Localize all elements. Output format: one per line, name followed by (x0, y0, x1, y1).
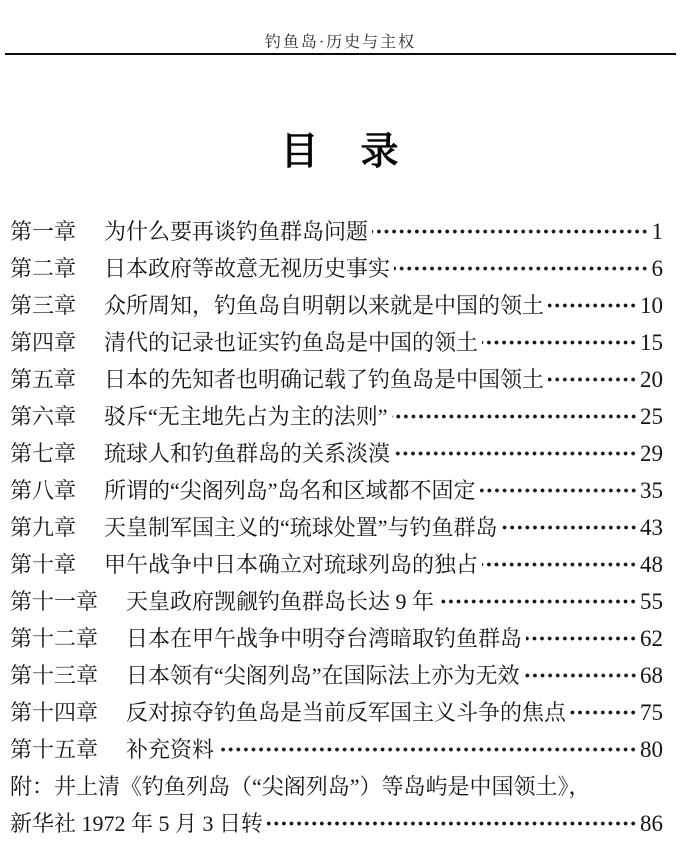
dot-leader (548, 361, 637, 398)
page-number: 55 (640, 583, 663, 620)
dot-leader (570, 694, 637, 731)
chapter-title: 清代的记录也证实钓鱼岛是中国的领土 (104, 324, 478, 361)
chapter-label: 第一章 (10, 213, 76, 250)
chapter-title: 琉球人和钓鱼群岛的关系淡漠 (104, 435, 390, 472)
toc-entry: 新华社 1972 年 5 月 3 日转 86 (10, 805, 663, 842)
running-head: 钓鱼岛·历史与主权 (0, 29, 681, 52)
header-rule (5, 53, 676, 55)
chapter-title: 甲午战争中日本确立对琉球列岛的独占 (104, 546, 478, 583)
toc-list: 第一章 为什么要再谈钓鱼群岛问题 1 第二章 日本政府等故意无视历史事实 6 第… (10, 213, 663, 842)
chapter-title: 驳斥“无主地先占为主的法则” (104, 398, 388, 435)
chapter-label: 第十章 (10, 546, 76, 583)
toc-entry: 第四章 清代的记录也证实钓鱼岛是中国的领土 15 (10, 324, 663, 361)
chapter-label: 第九章 (10, 509, 76, 546)
chapter-label: 第二章 (10, 250, 76, 287)
toc-entry: 第十四章 反对掠夺钓鱼岛是当前反军国主义斗争的焦点 75 (10, 694, 663, 731)
dot-leader (392, 398, 637, 435)
dot-leader (502, 509, 637, 546)
chapter-title: 众所周知，钓鱼岛自明朝以来就是中国的领土 (104, 287, 544, 324)
toc-entry: 第十三章 日本领有“尖阁列岛”在国际法上亦为无效 68 (10, 657, 663, 694)
dot-leader (267, 805, 637, 842)
book-page: 钓鱼岛·历史与主权 目 录 第一章 为什么要再谈钓鱼群岛问题 1 第二章 日本政… (0, 0, 681, 864)
page-number: 29 (640, 435, 663, 472)
chapter-label: 第四章 (10, 324, 76, 361)
chapter-title: 反对掠夺钓鱼岛是当前反军国主义斗争的焦点 (126, 694, 566, 731)
chapter-label: 第十四章 (10, 694, 98, 731)
chapter-label: 第六章 (10, 398, 76, 435)
page-number: 75 (640, 694, 663, 731)
page-number: 80 (640, 731, 663, 768)
toc-entry: 第十五章 补充资料 80 (10, 731, 663, 768)
dot-leader (394, 435, 637, 472)
chapter-title: 日本领有“尖阁列岛”在国际法上亦为无效 (126, 657, 520, 694)
chapter-label: 第八章 (10, 472, 76, 509)
page-number: 48 (640, 546, 663, 583)
chapter-title: 天皇政府觊觎钓鱼群岛长达 9 年 (126, 583, 434, 620)
dot-leader (218, 731, 637, 768)
dot-leader (548, 287, 637, 324)
chapter-title: 为什么要再谈钓鱼群岛问题 (104, 213, 368, 250)
toc-entry: 第十章 甲午战争中日本确立对琉球列岛的独占 48 (10, 546, 663, 583)
toc-entry: 第六章 驳斥“无主地先占为主的法则” 25 (10, 398, 663, 435)
dot-leader (438, 583, 637, 620)
toc-entry: 附：井上清《钓鱼列岛（“尖阁列岛”）等岛屿是中国领土》， (10, 768, 663, 805)
dot-leader (595, 768, 660, 805)
toc-entry: 第二章 日本政府等故意无视历史事实 6 (10, 250, 663, 287)
chapter-label: 第十五章 (10, 731, 98, 768)
page-number: 35 (640, 472, 663, 509)
page-number: 10 (640, 287, 663, 324)
page-number: 25 (640, 398, 663, 435)
page-number: 20 (640, 361, 663, 398)
toc-entry: 第十二章 日本在甲午战争中明夺台湾暗取钓鱼群岛 62 (10, 620, 663, 657)
chapter-title: 天皇制军国主义的“琉球处置”与钓鱼群岛 (104, 509, 498, 546)
chapter-label: 第七章 (10, 435, 76, 472)
toc-entry: 第八章 所谓的“尖阁列岛”岛名和区域都不固定 35 (10, 472, 663, 509)
toc-entry: 第五章 日本的先知者也明确记载了钓鱼岛是中国领土 20 (10, 361, 663, 398)
dot-leader (480, 472, 637, 509)
page-title: 目 录 (0, 120, 681, 175)
page-number: 62 (640, 620, 663, 657)
toc-entry: 第一章 为什么要再谈钓鱼群岛问题 1 (10, 213, 663, 250)
chapter-title: 日本在甲午战争中明夺台湾暗取钓鱼群岛 (126, 620, 522, 657)
chapter-title: 日本的先知者也明确记载了钓鱼岛是中国领土 (104, 361, 544, 398)
dot-leader (372, 213, 648, 250)
toc-entry: 第七章 琉球人和钓鱼群岛的关系淡漠 29 (10, 435, 663, 472)
chapter-label: 第三章 (10, 287, 76, 324)
page-number: 68 (640, 657, 663, 694)
chapter-title: 所谓的“尖阁列岛”岛名和区域都不固定 (104, 472, 476, 509)
chapter-title: 附：井上清《钓鱼列岛（“尖阁列岛”）等岛屿是中国领土》， (10, 768, 591, 805)
dot-leader (526, 620, 637, 657)
chapter-label: 第十一章 (10, 583, 98, 620)
dot-leader (482, 324, 637, 361)
dot-leader (524, 657, 637, 694)
page-number: 1 (652, 213, 664, 250)
toc-entry: 第三章 众所周知，钓鱼岛自明朝以来就是中国的领土 10 (10, 287, 663, 324)
dot-leader (482, 546, 637, 583)
chapter-title: 新华社 1972 年 5 月 3 日转 (10, 805, 263, 842)
toc-entry: 第九章 天皇制军国主义的“琉球处置”与钓鱼群岛 43 (10, 509, 663, 546)
chapter-label: 第十二章 (10, 620, 98, 657)
dot-leader (394, 250, 648, 287)
chapter-label: 第十三章 (10, 657, 98, 694)
chapter-label: 第五章 (10, 361, 76, 398)
chapter-title: 补充资料 (126, 731, 214, 768)
toc-entry: 第十一章 天皇政府觊觎钓鱼群岛长达 9 年 55 (10, 583, 663, 620)
page-number: 6 (652, 250, 664, 287)
chapter-title: 日本政府等故意无视历史事实 (104, 250, 390, 287)
page-number: 43 (640, 509, 663, 546)
page-number: 15 (640, 324, 663, 361)
page-number: 86 (640, 805, 663, 842)
